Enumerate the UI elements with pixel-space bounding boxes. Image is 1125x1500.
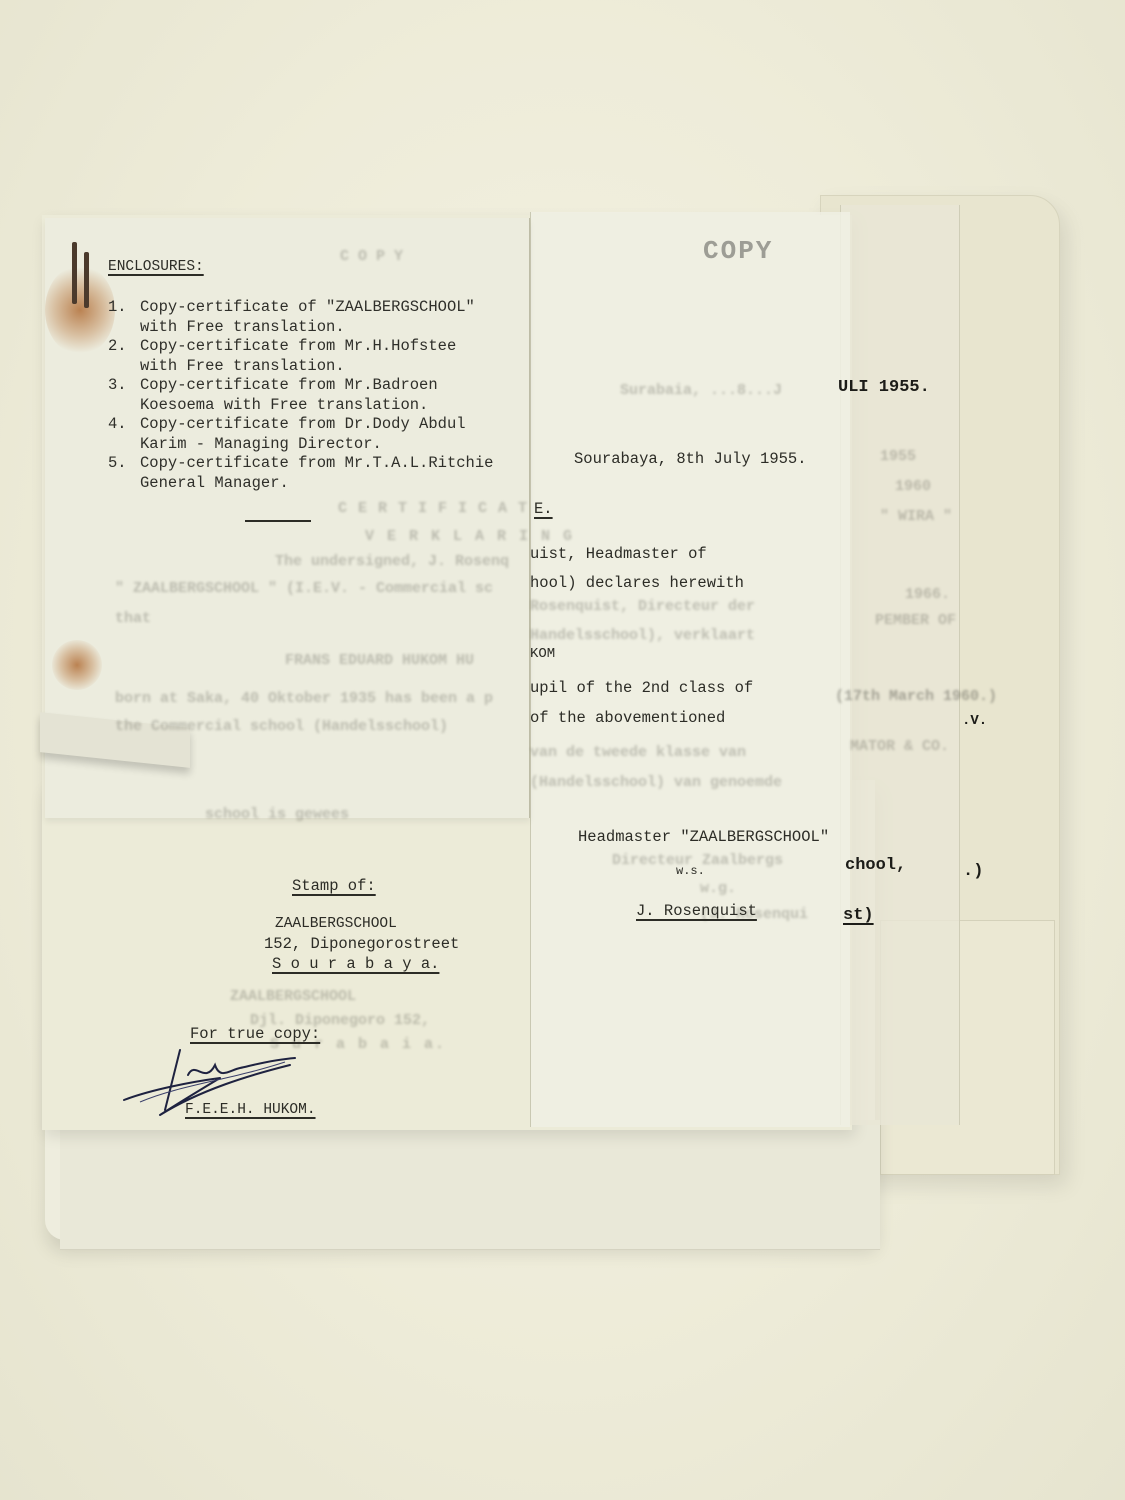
enclosure-item: 1.Copy-certificate of "ZAALBERGSCHOOL" w… xyxy=(108,298,493,337)
attestation-signer: F.E.E.H. HUKOM. xyxy=(185,1101,316,1121)
enclosure-item: 4.Copy-certificate from Dr.Dody Abdul Ka… xyxy=(108,415,493,454)
ws-label: w.s. xyxy=(676,862,705,882)
dutch-line4-faint: (Handelsschool) van genoemde xyxy=(530,774,782,791)
margin-faint-e: PEMBER OF xyxy=(875,612,956,629)
name-faint: FRANS EDUARD HUKOM HU xyxy=(285,652,474,669)
enclosure-text: Copy-certificate from Mr.H.Hofstee with … xyxy=(140,337,456,376)
margin-faint-f: (17th March 1960.) xyxy=(835,688,997,705)
name-visible: KOM xyxy=(530,645,555,665)
line4: upil of the 2nd class of xyxy=(530,679,753,699)
staple-icon xyxy=(72,242,77,304)
enclosures-list: 1.Copy-certificate of "ZAALBERGSCHOOL" w… xyxy=(108,298,493,493)
enclosure-item: 5.Copy-certificate from Mr.T.A.L.Ritchie… xyxy=(108,454,493,493)
line2-faint: " ZAALBERGSCHOOL " (I.E.V. - Commercial … xyxy=(115,580,493,597)
stamp-label: Stamp of: xyxy=(292,877,376,897)
line3-faint: that xyxy=(115,610,151,627)
bottom-sheet-edge xyxy=(60,1120,880,1250)
date-english: Sourabaya, 8th July 1955. xyxy=(574,450,807,470)
enclosure-number: 3. xyxy=(108,376,140,415)
margin-faint-c: " WIRA " xyxy=(880,508,952,525)
enclosure-text: Copy-certificate of "ZAALBERGSCHOOL" wit… xyxy=(140,298,475,337)
line4-faint: born at Saka, 40 Oktober 1935 has been a… xyxy=(115,690,493,707)
enclosure-item: 2.Copy-certificate from Mr.H.Hofstee wit… xyxy=(108,337,493,376)
signer-name: J. Rosenquist xyxy=(636,902,757,922)
signoff-dutch-bold: chool, xyxy=(845,856,906,876)
dutch-line2-faint: Handelsschool), verklaart xyxy=(530,627,755,644)
enclosure-text: Copy-certificate from Mr.Badroen Koesoem… xyxy=(140,376,438,415)
line1-faint: The undersigned, J. Rosenq xyxy=(275,553,509,570)
date-dutch-faint: Surabaia, ...8...J xyxy=(620,382,782,399)
rust-spot-icon xyxy=(52,640,102,690)
margin-faint-a: 1955 xyxy=(880,448,916,465)
enclosure-number: 1. xyxy=(108,298,140,337)
margin-i: .) xyxy=(963,862,983,882)
stamp-line1: ZAALBERGSCHOOL xyxy=(275,915,397,935)
staple-icon xyxy=(84,252,89,308)
signer-name-dutch: st) xyxy=(843,906,874,926)
certificate-title: E. xyxy=(534,500,553,520)
stamp-faint1: ZAALBERGSCHOOL xyxy=(230,988,356,1005)
margin-faint-h: MATOR & CO. xyxy=(850,738,949,755)
enclosure-number: 4. xyxy=(108,415,140,454)
line1: uist, Headmaster of xyxy=(530,545,707,565)
right-strip-sheet xyxy=(840,205,960,1125)
english-translation-sheet xyxy=(530,212,850,1127)
copy-faint: C O P Y xyxy=(340,248,403,265)
certificate-title-faint: C E R T I F I C A T xyxy=(338,500,528,517)
ws-faint: w.g. xyxy=(700,880,736,897)
rust-stain-icon xyxy=(45,265,115,355)
margin-g: .V. xyxy=(962,712,987,732)
stamp-line2: 152, Diponegorostreet xyxy=(264,935,459,955)
margin-faint-d: 1966. xyxy=(905,586,950,603)
enclosure-number: 5. xyxy=(108,454,140,493)
enclosure-text: Copy-certificate from Dr.Dody Abdul Kari… xyxy=(140,415,466,454)
line5: of the abovementioned xyxy=(530,709,725,729)
stamp-line3: S o u r a b a y a. xyxy=(272,955,439,975)
verklaring-title-faint: V E R K L A R I N G xyxy=(365,528,574,545)
divider-line xyxy=(245,520,311,522)
enclosures-heading: ENCLOSURES: xyxy=(108,258,204,278)
enclosure-number: 2. xyxy=(108,337,140,376)
copy-stamp: COPY xyxy=(703,242,773,262)
line6-faint: school is gewees xyxy=(205,806,349,823)
dutch-line1-faint: Rosenquist, Directeur der xyxy=(530,598,755,615)
margin-faint-b: 1960 xyxy=(895,478,931,495)
enclosure-item: 3.Copy-certificate from Mr.Badroen Koeso… xyxy=(108,376,493,415)
enclosure-text: Copy-certificate from Mr.T.A.L.Ritchie G… xyxy=(140,454,493,493)
line2: hool) declares herewith xyxy=(530,574,744,594)
line5-faint: the Commercial school (Handelsschool) xyxy=(115,718,457,735)
dutch-line3-faint: van de tweede klasse van xyxy=(530,744,746,761)
headmaster-title: Headmaster "ZAALBERGSCHOOL" xyxy=(578,828,829,848)
date-dutch-bold: ULI 1955. xyxy=(838,378,930,398)
